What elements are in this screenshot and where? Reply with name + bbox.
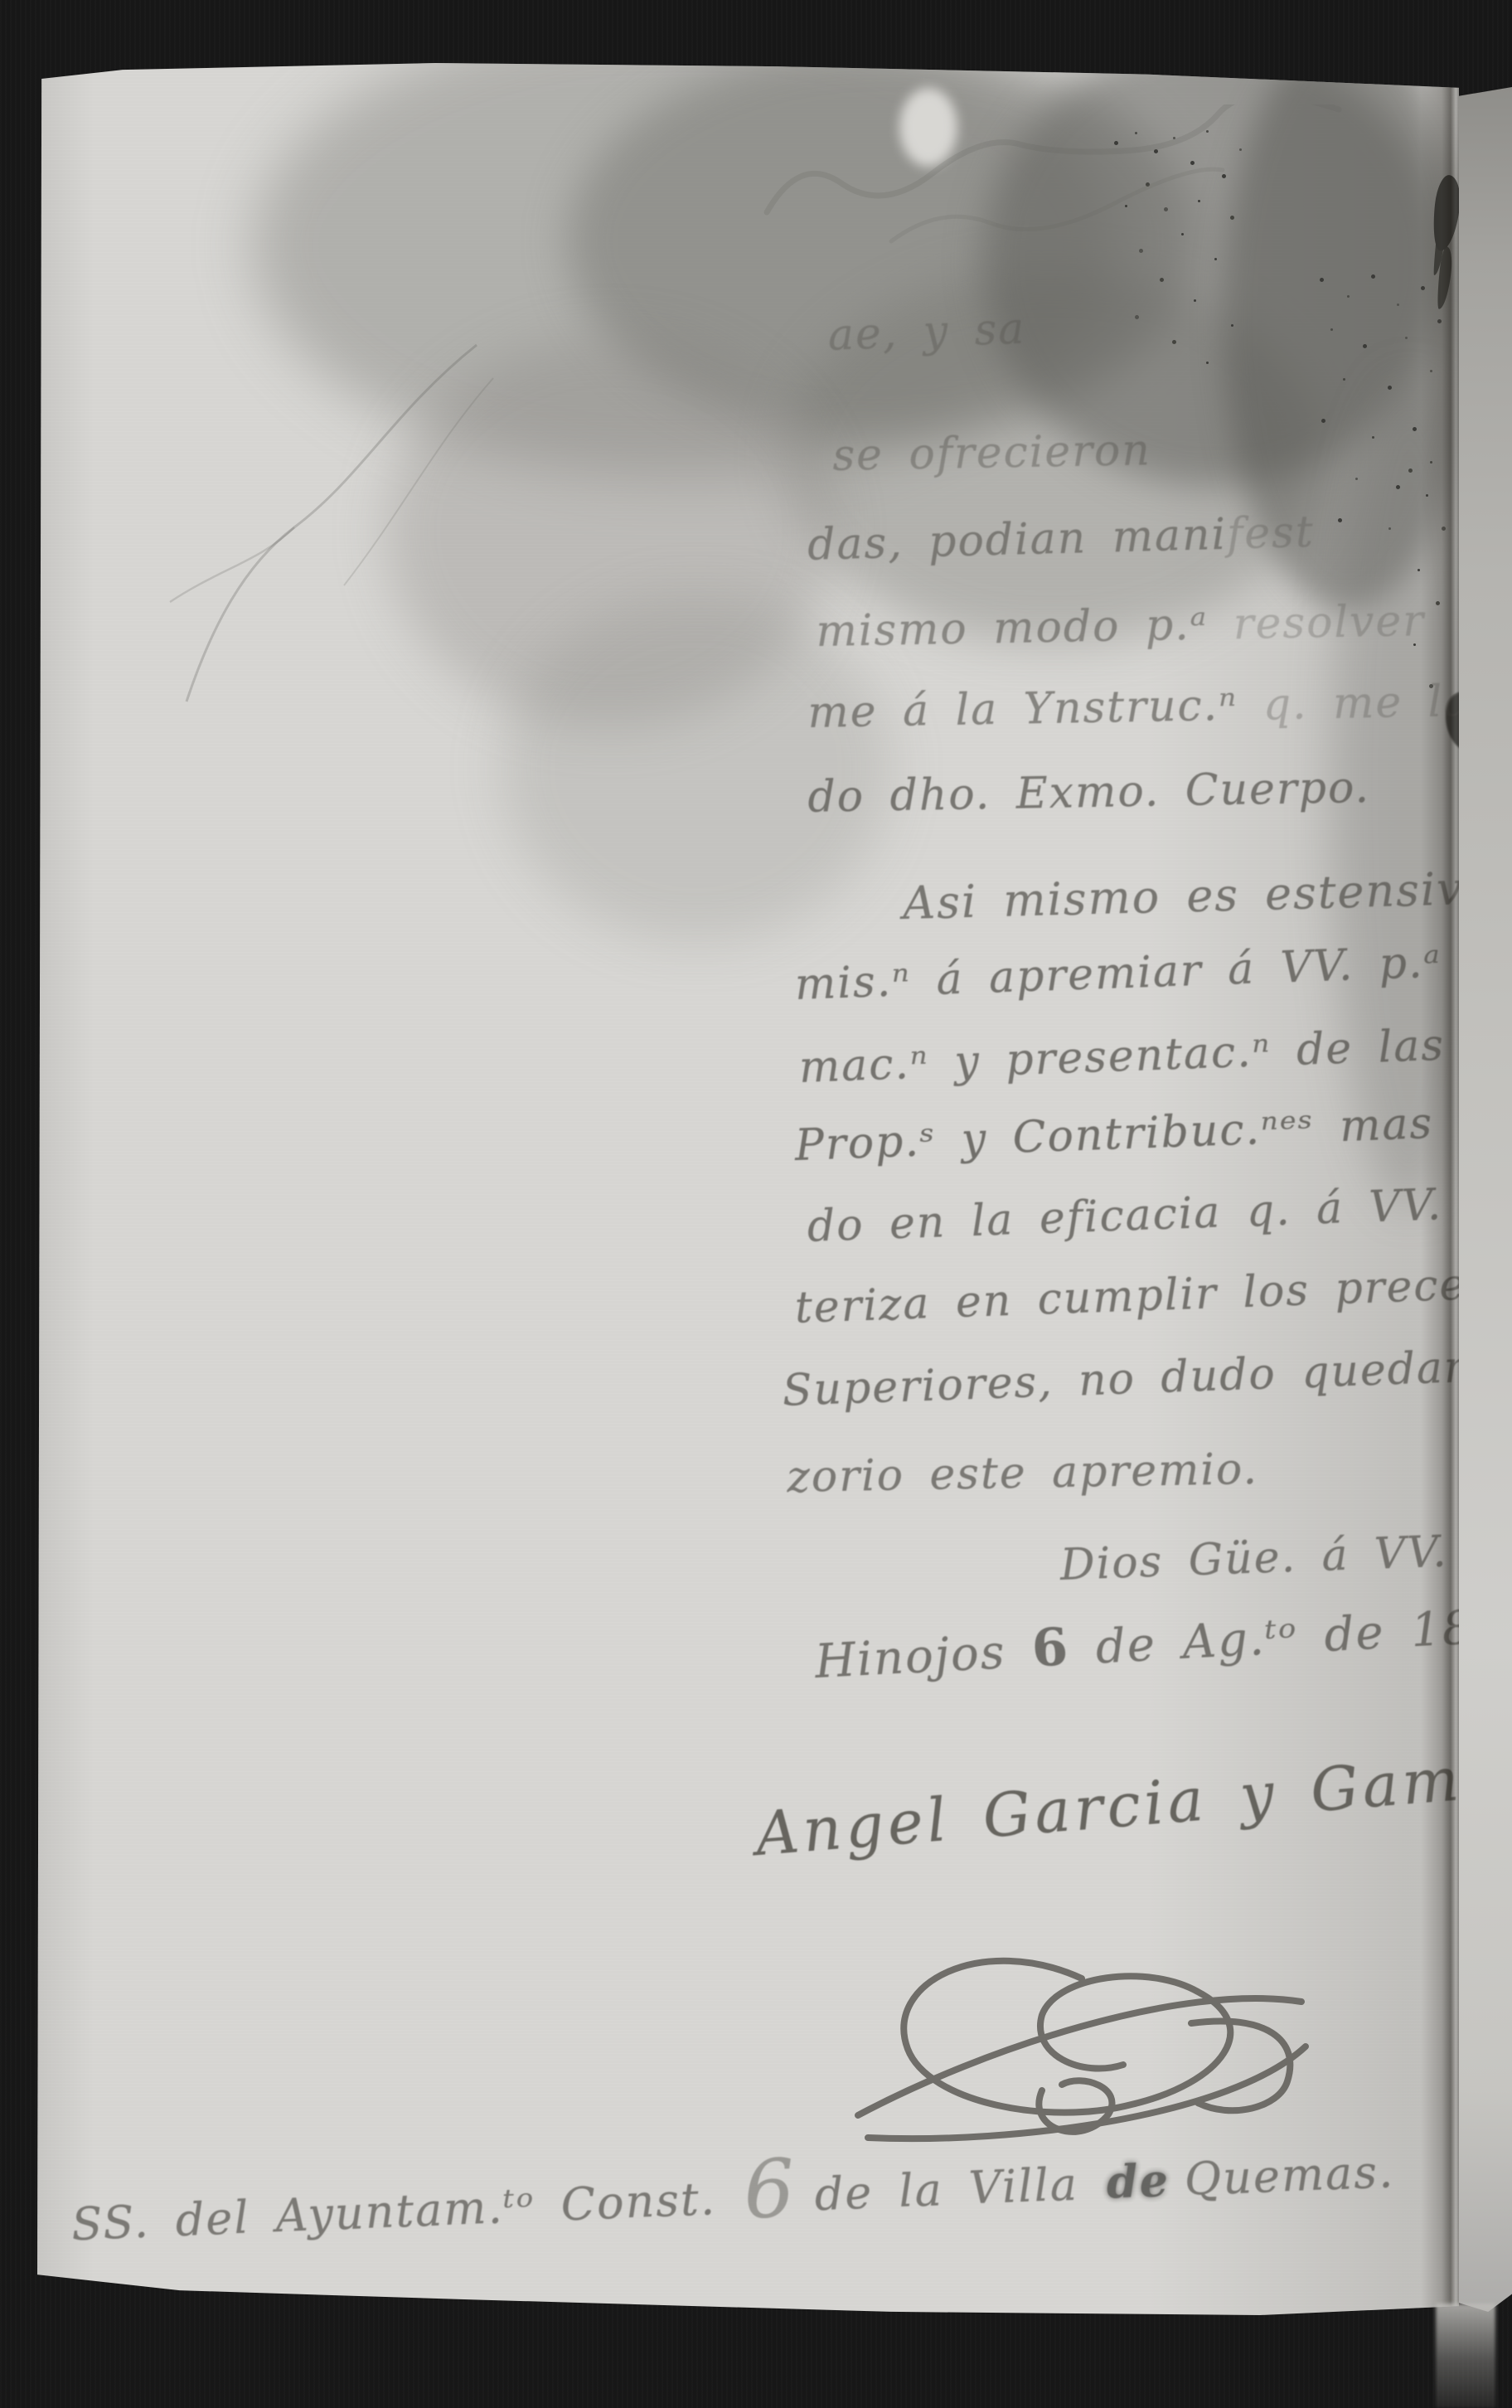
text-line-main: Prop.ˢ y Contribuc.ⁿᵉˢ mas conf	[794, 1095, 1459, 1171]
address-line: SS. del Ayuntam.ᵗᵒ Const.6de la VilladeQ…	[70, 2113, 1396, 2259]
text-line: ae, y sa	[827, 304, 1026, 361]
address-recipients: SS. del Ayuntam.ᵗᵒ Const.	[70, 2173, 717, 2250]
dateline-place: Hinojos	[814, 1624, 1034, 1689]
dateline-rest: de Ag.ᵗᵒ de 182	[1068, 1600, 1459, 1676]
signature-line: Angel Garcia y Gamboa	[753, 1735, 1459, 1869]
text-line-main: Dios Güe. á VV. m.	[1059, 1523, 1459, 1590]
page-gutter-strip	[1459, 87, 1512, 2312]
text-line-main: me á la Ynstruc.ⁿ	[807, 680, 1263, 738]
address-blotted-word: de	[1105, 2153, 1170, 2209]
text-line-main: do en la eficacia q. á VV.	[807, 1179, 1459, 1252]
text-line-main: mismo modo p.ᵃ	[816, 600, 1233, 657]
dateline: Hinojos 6 de Ag.ᵗᵒ de 182	[813, 1594, 1459, 1690]
address-flourish-glyph: 6	[742, 2142, 798, 2236]
address-villa: de la Villa	[813, 2158, 1079, 2221]
mold-speckle-cluster-3	[1405, 461, 1408, 464]
text-line-main: teriza en cumplir los prece	[794, 1260, 1459, 1333]
text-line: teriza en cumplir los prece	[794, 1260, 1459, 1333]
text-line: mismo modo p.ᵃ resolver	[816, 596, 1426, 657]
text-line: Superiores, no dudo quedará s	[782, 1340, 1459, 1416]
text-line: se ofrecieron	[832, 425, 1151, 481]
address-town: Quemas.	[1184, 2145, 1396, 2206]
text-line: Dios Güe. á VV. m. a.	[1059, 1522, 1459, 1590]
text-line: do dho. Exmo. Cuerpo.	[807, 763, 1370, 823]
text-line: do en la eficacia q. á VV. ca	[807, 1177, 1459, 1252]
text-line-main: Superiores, no dudo quedará	[782, 1341, 1459, 1416]
mold-speckle-cluster-2	[1314, 270, 1316, 273]
ghost-writing-bleedthrough	[750, 104, 1430, 262]
text-line-faded-tail: fest	[1226, 507, 1315, 560]
stain-crack-lines	[46, 312, 510, 776]
text-line-main: se ofrecieron	[832, 425, 1151, 481]
text-line-main: do dho. Exmo. Cuerpo.	[807, 763, 1370, 823]
text-line: zorio este apremio.	[787, 1444, 1258, 1503]
text-line-main: ae, y sa	[827, 304, 1026, 361]
manuscript-page: ae, y sa se ofrecieron das, podian manif…	[37, 63, 1459, 2315]
text-line: Prop.ˢ y Contribuc.ⁿᵉˢ mas conf	[794, 1095, 1459, 1171]
scanner-background: { "document": { "type_label": "handwritt…	[0, 0, 1512, 2408]
text-line-faded-tail: resolver	[1233, 596, 1425, 649]
dateline-day: 6	[1030, 1616, 1071, 1678]
binding-fold-crease	[1421, 63, 1459, 2315]
page-edge-below	[1436, 2304, 1495, 2408]
text-line-main: zorio este apremio.	[787, 1444, 1258, 1503]
signature-name: Angel Garcia y Gamboa	[753, 1735, 1459, 1869]
